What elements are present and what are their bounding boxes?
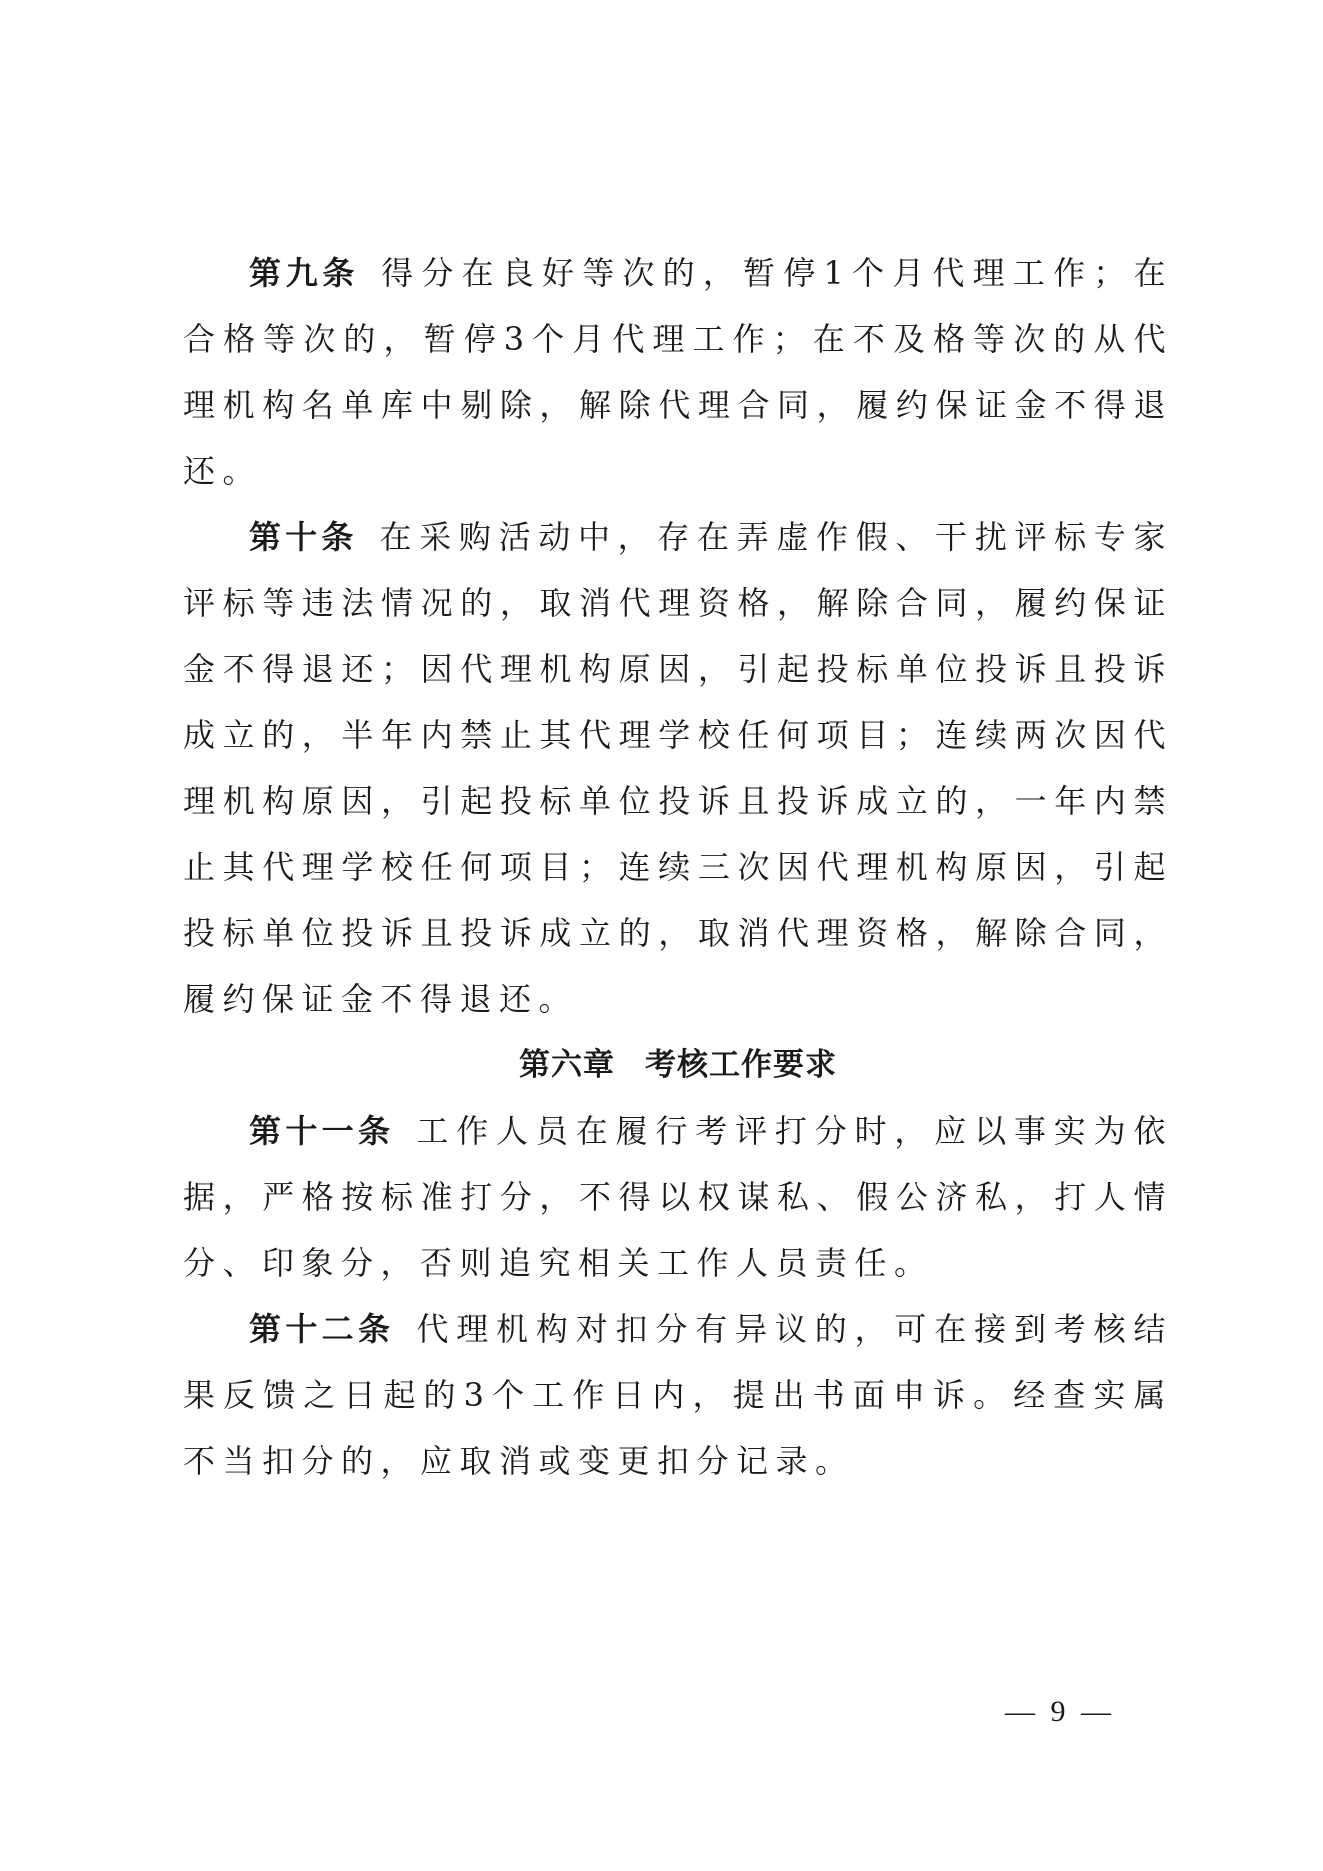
article-11: 第十一条工作人员在履行考评打分时，应以事实为依据，严格按标准打分，不得以权谋私、… [183,1098,1173,1296]
article-label: 第十一条 [249,1112,394,1150]
article-9: 第九条得分在良好等次的，暂停1个月代理工作；在合格等次的，暂停3个月代理工作；在… [183,240,1173,504]
article-label: 第九条 [249,254,359,292]
article-12: 第十二条代理机构对扣分有异议的，可在接到考核结果反馈之日起的3个工作日内，提出书… [183,1296,1173,1494]
article-text: 在采购活动中，存在弄虚作假、干扰评标专家评标等违法情况的，取消代理资格，解除合同… [183,518,1173,1018]
article-label: 第十二条 [249,1310,394,1348]
article-label: 第十条 [249,518,358,556]
article-10: 第十条在采购活动中，存在弄虚作假、干扰评标专家评标等违法情况的，取消代理资格，解… [183,504,1173,1032]
chapter-title: 考核工作要求 [645,1047,837,1083]
page-number: — 9 — [1005,1695,1115,1729]
chapter-heading: 第六章考核工作要求 [183,1032,1173,1098]
document-page: 第九条得分在良好等次的，暂停1个月代理工作；在合格等次的，暂停3个月代理工作；在… [183,240,1173,1494]
chapter-number: 第六章 [519,1047,615,1083]
